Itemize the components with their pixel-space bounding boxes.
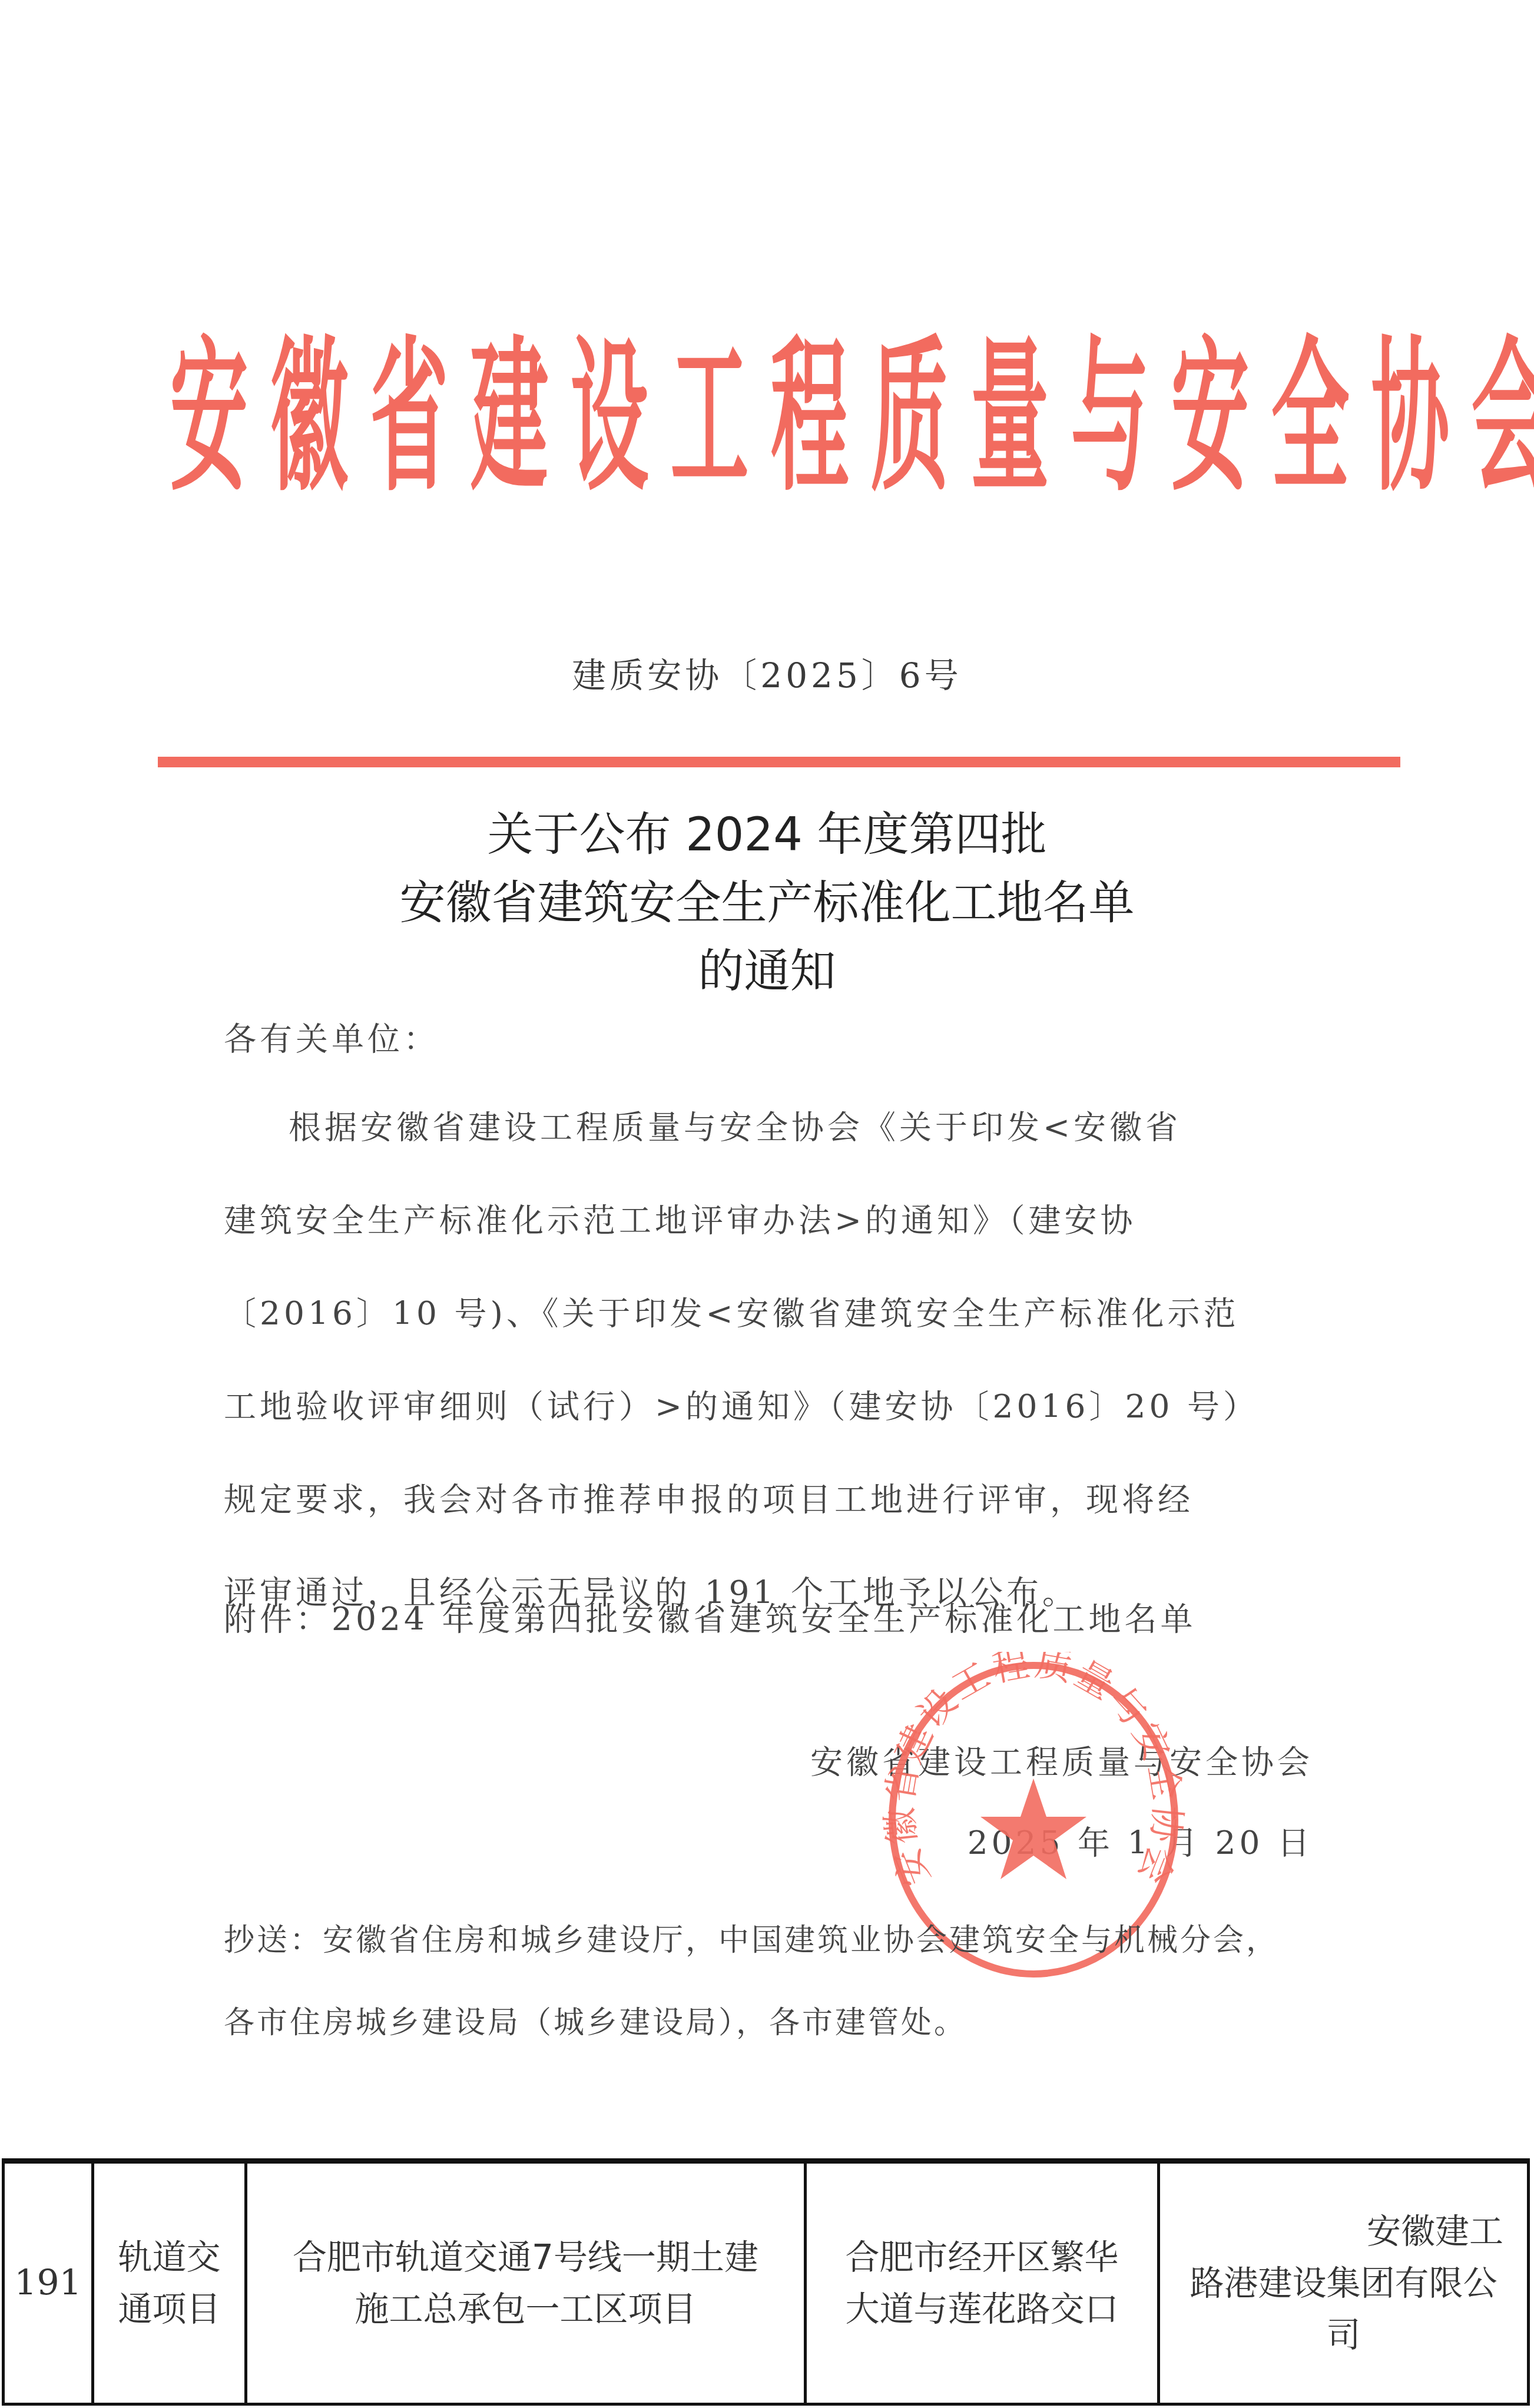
cc-line-2: 各市住房城乡建设局（城乡建设局），各市建管处。 [224, 1982, 1279, 2064]
body-line: 根据安徽省建设工程质量与安全协会《关于印发<安徽省 [224, 1081, 1313, 1174]
cc-line-1: 抄送：安徽省住房和城乡建设厅，中国建筑业协会建筑安全与机械分会， [224, 1899, 1279, 1982]
site-list-table: 191 轨道交 通项目 合肥市轨道交通7号线一期土建 施工总承包一工区项目 合肥… [2, 2158, 1527, 2408]
title-line-1: 关于公布 2024 年度第四批 [0, 801, 1534, 869]
body-line: 工地验收评审细则（试行）>的通知》（建安协〔2016〕20 号） [224, 1360, 1313, 1453]
attachment-line: 附件：2024 年度第四批安徽省建筑安全生产标准化工地名单 [224, 1593, 1196, 1639]
masthead-char: 设 [571, 336, 649, 501]
masthead-char: 程 [771, 336, 849, 501]
masthead-char: 会 [1472, 336, 1534, 501]
red-divider [158, 757, 1400, 767]
table-row: 191 轨道交 通项目 合肥市轨道交通7号线一期土建 施工总承包一工区项目 合肥… [4, 2161, 1529, 2404]
document-number: 建质安协〔2025〕6号 [0, 648, 1534, 697]
masthead-char: 量 [971, 336, 1049, 501]
masthead-char: 全 [1271, 336, 1350, 501]
cell-number: 191 [4, 2161, 93, 2404]
masthead-char: 质 [871, 336, 949, 501]
body-paragraph: 根据安徽省建设工程质量与安全协会《关于印发<安徽省 建筑安全生产标准化示范工地评… [224, 1081, 1313, 1639]
title-line-3: 的通知 [0, 938, 1534, 1006]
cell-category: 轨道交 通项目 [93, 2161, 246, 2404]
masthead-char: 安 [1171, 336, 1250, 501]
cell-construction-unit: 安徽建工 路港建设集团有限公 司 [1159, 2161, 1529, 2404]
body-line: 建筑安全生产标准化示范工地评审办法>的通知》（建安协 [224, 1174, 1313, 1267]
masthead-char: 工 [671, 336, 749, 501]
notice-title: 关于公布 2024 年度第四批 安徽省建筑安全生产标准化工地名单 的通知 [0, 801, 1534, 1006]
body-line: 〔2016〕10 号)、《关于印发<安徽省建筑安全生产标准化示范 [224, 1267, 1313, 1360]
cc-list: 抄送：安徽省住房和城乡建设厅，中国建筑业协会建筑安全与机械分会， 各市住房城乡建… [224, 1899, 1279, 2064]
masthead-char: 与 [1071, 336, 1149, 501]
svg-text:安徽省建设工程质量与安全协会: 安徽省建设工程质量与安全协会 [880, 1652, 1187, 1892]
cell-location: 合肥市经开区繁华 大道与莲花路交口 [806, 2161, 1159, 2404]
masthead-char: 安 [170, 336, 249, 501]
title-line-2: 安徽省建筑安全生产标准化工地名单 [0, 869, 1534, 938]
masthead-char: 协 [1371, 336, 1450, 501]
cell-project-name: 合肥市轨道交通7号线一期土建 施工总承包一工区项目 [246, 2161, 806, 2404]
body-line: 规定要求，我会对各市推荐申报的项目工地进行评审，现将经 [224, 1453, 1313, 1546]
seal-text: 安徽省建设工程质量与安全协会 [880, 1652, 1187, 1892]
masthead-char: 省 [370, 336, 449, 501]
masthead-title: 安 徽 省 建 设 工 程 质 量 与 安 全 协 会 文 件 [159, 330, 1396, 506]
masthead-char: 徽 [270, 336, 349, 501]
masthead-char: 建 [471, 336, 549, 501]
salutation: 各有关单位： [224, 1013, 439, 1059]
